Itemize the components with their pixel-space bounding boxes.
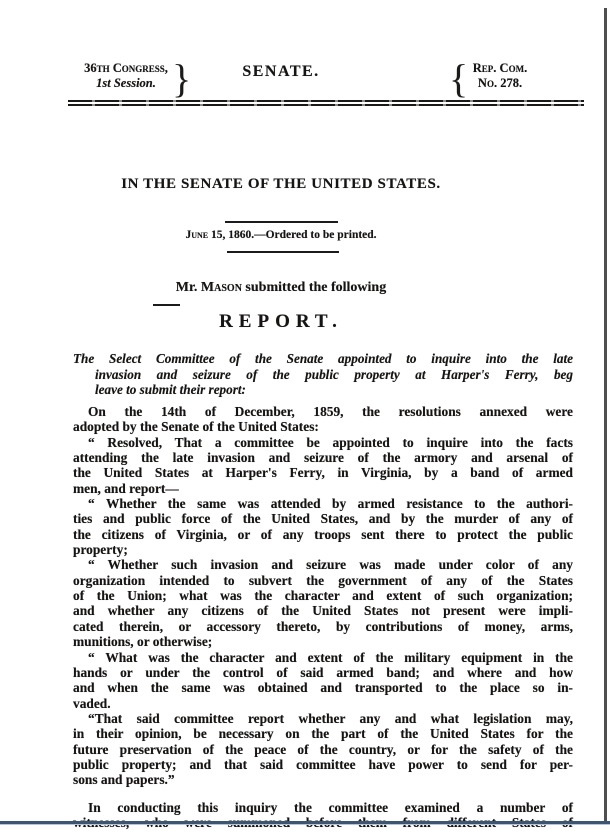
report-title: REPORT. xyxy=(0,311,562,333)
separator-rule-top xyxy=(225,221,338,223)
body-line: munitions, or otherwise; xyxy=(73,634,573,649)
committee-preamble: The Select Committee of the Senate appoi… xyxy=(73,351,573,398)
body-line: attending the late invasion and seizure … xyxy=(73,450,573,465)
body-line: vaded. xyxy=(73,696,573,711)
report-body: On the 14th of December, 1859, the resol… xyxy=(73,404,573,830)
viewer-bottom-edge-highlight xyxy=(0,824,610,825)
date-ordered-line: June 15, 1860.—Ordered to be printed. xyxy=(0,229,562,241)
short-dash-rule xyxy=(153,304,180,306)
body-line: adopted by the Senate of the United Stat… xyxy=(73,419,573,434)
body-line: and whether any citizens of the United S… xyxy=(73,603,573,618)
body-line: hands or under the control of said armed… xyxy=(73,665,573,680)
body-line: and when the same was obtained and trans… xyxy=(73,680,573,695)
body-line: “ Whether the same was attended by armed… xyxy=(73,496,573,511)
body-line: in their opinion, be necessary on the pa… xyxy=(73,726,573,741)
page-right-edge-line xyxy=(604,8,607,824)
report-number-line: No. 278. xyxy=(461,76,539,91)
masthead-report-number: Rep. Com. No. 278. xyxy=(461,61,539,91)
document-page: 36th Congress, 1st Session. } SENATE. { … xyxy=(0,0,610,833)
submitted-line: Mr. Mason submitted the following xyxy=(0,280,562,296)
body-line: men, and report— xyxy=(73,481,573,496)
report-committee-line: Rep. Com. xyxy=(461,61,539,76)
body-line: “ Whether such invasion and seizure was … xyxy=(73,557,573,572)
body-line: cated therein, or accessory thereto, by … xyxy=(73,619,573,634)
body-line: organization intended to subvert the gov… xyxy=(73,573,573,588)
submitted-prefix: Mr. xyxy=(176,280,201,295)
body-line: sons and papers.” xyxy=(73,772,573,787)
body-line: “ What was the character and extent of t… xyxy=(73,650,573,665)
preamble-line: invasion and seizure of the public prope… xyxy=(73,367,573,383)
date-text: June 15, 1860. xyxy=(185,229,254,241)
body-line: future preservation of the peace of the … xyxy=(73,742,573,757)
ordered-text: —Ordered to be printed. xyxy=(254,229,376,241)
body-line: public property; and that said committee… xyxy=(73,757,573,772)
submitter-name: Mason xyxy=(201,280,242,295)
body-line: “ Resolved, That a committee be appointe… xyxy=(73,435,573,450)
preamble-line: leave to submit their report: xyxy=(73,382,573,398)
body-line: the citizens of Virginia, or of any troo… xyxy=(73,527,573,542)
body-line: On the 14th of December, 1859, the resol… xyxy=(73,404,573,419)
body-line: “That said committee report whether any … xyxy=(73,711,573,726)
body-line: ties and public force of the United Stat… xyxy=(73,511,573,526)
submitted-suffix: submitted the following xyxy=(242,280,386,295)
body-line: of the Union; what was the character and… xyxy=(73,588,573,603)
preamble-line: The Select Committee of the Senate appoi… xyxy=(73,351,573,367)
separator-rule-bottom xyxy=(227,251,339,253)
body-line: property; xyxy=(73,542,573,557)
masthead-double-rule xyxy=(68,100,584,106)
body-line: In conducting this inquiry the committee… xyxy=(73,800,573,815)
page-title: IN THE SENATE OF THE UNITED STATES. xyxy=(0,176,562,193)
body-line: the United States at Harper's Ferry, in … xyxy=(73,465,573,480)
